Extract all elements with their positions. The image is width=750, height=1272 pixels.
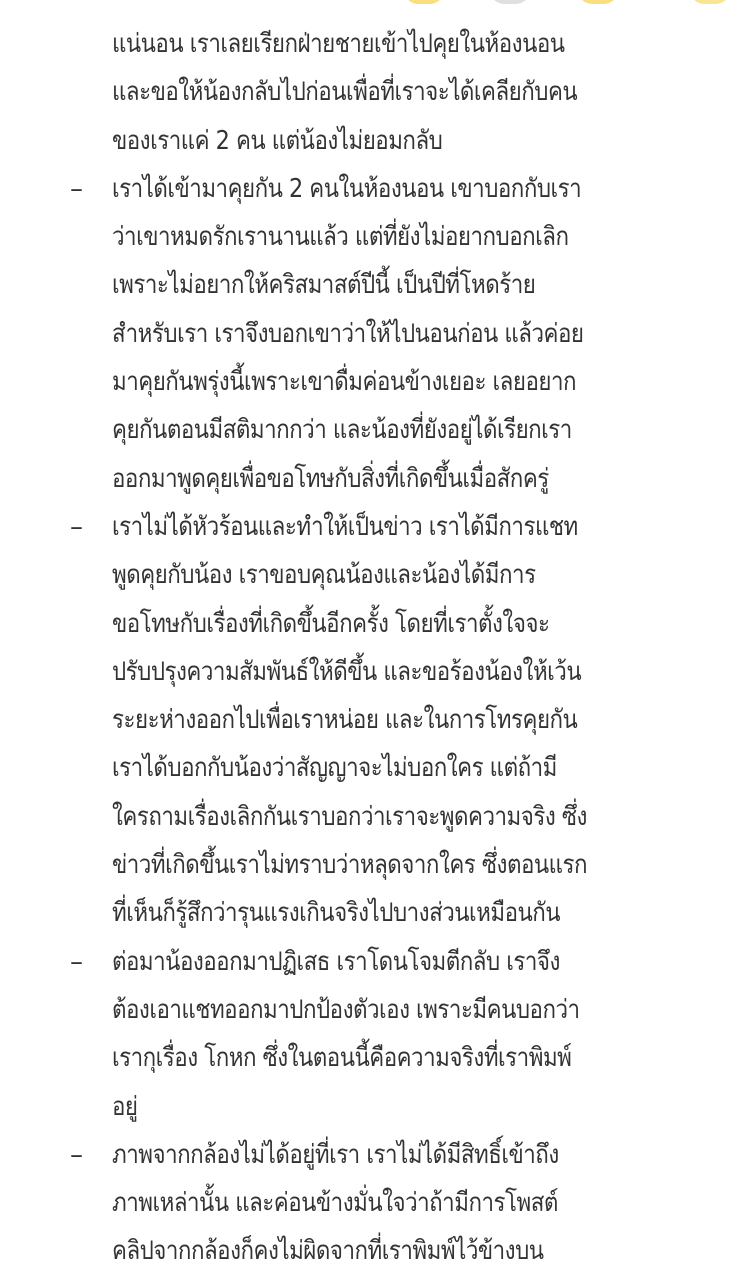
- text-line: เราได้บอกกับน้องว่าสัญญาจะไม่บอกใคร แต่ถ…: [112, 744, 635, 792]
- bullet-item: – ภาพจากกล้องไม่ได้อยู่ที่เรา เราไม่ได้ม…: [0, 1131, 750, 1272]
- text-line: ต่อมาน้องออกมาปฏิเสธ เราโดนโจมตีกลับ เรา…: [112, 938, 635, 986]
- document-body: แน่นอน เราเลยเรียกฝ่ายชายเข้าไปคุยในห้อง…: [0, 20, 750, 1272]
- emoji-fragment-icon: [578, 0, 618, 4]
- text-line: ภาพเหล่านั้น และค่อนข้างมั่นใจว่าถ้ามีกา…: [112, 1179, 635, 1227]
- text-line: ออกมาพูดคุยเพื่อขอโทษกับสิ่งที่เกิดขึ้นเ…: [112, 455, 635, 503]
- text-line: เพราะไม่อยากให้คริสมาสต์ปีนี้ เป็นปีที่โ…: [112, 261, 635, 309]
- text-line: เรากุเรื่อง โกหก ซึ่งในตอนนี้คือความจริง…: [112, 1034, 635, 1082]
- text-line: ปรับปรุงความสัมพันธ์ให้ดีขึ้น และขอร้องน…: [112, 648, 635, 696]
- text-line: คลิปจากกล้องก็คงไม่ผิดจากที่เราพิมพ์ไว้ข…: [112, 1227, 635, 1272]
- text-line: ขอโทษกับเรื่องที่เกิดขึ้นอีกครั้ง โดยที่…: [112, 600, 635, 648]
- emoji-fragment-icon: [690, 0, 730, 4]
- text-line: เราไม่ได้หัวร้อนและทำให้เป็นข่าว เราได้ม…: [112, 503, 635, 551]
- bullet-item: – ต่อมาน้องออกมาปฏิเสธ เราโดนโจมตีกลับ เ…: [0, 938, 750, 1131]
- text-line: พูดคุยกับน้อง เราขอบคุณน้องและน้องได้มีก…: [112, 551, 635, 599]
- text-line: ภาพจากกล้องไม่ได้อยู่ที่เรา เราไม่ได้มีส…: [112, 1131, 635, 1179]
- paragraph-continuation: แน่นอน เราเลยเรียกฝ่ายชายเข้าไปคุยในห้อง…: [0, 20, 750, 165]
- bullet-dash: –: [70, 938, 83, 986]
- text-line: ระยะห่างออกไปเพื่อเราหน่อย และในการโทรคุ…: [112, 696, 635, 744]
- text-line: อยู่: [112, 1083, 635, 1131]
- bullet-dash: –: [70, 503, 83, 551]
- text-line: ใครถามเรื่องเลิกกันเราบอกว่าเราจะพูดความ…: [112, 793, 635, 841]
- text-line: เราได้เข้ามาคุยกัน 2 คนในห้องนอน เขาบอกก…: [112, 165, 635, 213]
- emoji-fragment-icon: [404, 0, 444, 4]
- text-line: มาคุยกันพรุ่งนี้เพราะเขาดื่มค่อนข้างเยอะ…: [112, 358, 635, 406]
- bullet-item: – เราไม่ได้หัวร้อนและทำให้เป็นข่าว เราได…: [0, 503, 750, 938]
- text-line: และขอให้น้องกลับไปก่อนเพื่อที่เราจะได้เค…: [112, 68, 635, 116]
- text-line: ของเราแค่ 2 คน แต่น้องไม่ยอมกลับ: [112, 117, 635, 165]
- bullet-item: – เราได้เข้ามาคุยกัน 2 คนในห้องนอน เขาบอ…: [0, 165, 750, 503]
- emoji-fragment-icon: [490, 0, 530, 4]
- text-line: ต้องเอาแชทออกมาปกป้องตัวเอง เพราะมีคนบอก…: [112, 986, 635, 1034]
- text-line: คุยกันตอนมีสติมากกว่า และน้องที่ยังอยู่ไ…: [112, 406, 635, 454]
- text-line: สำหรับเรา เราจึงบอกเขาว่าให้ไปนอนก่อน แล…: [112, 310, 635, 358]
- text-line: ว่าเขาหมดรักเรานานแล้ว แต่ที่ยังไม่อยากบ…: [112, 213, 635, 261]
- text-line: แน่นอน เราเลยเรียกฝ่ายชายเข้าไปคุยในห้อง…: [112, 20, 635, 68]
- bullet-dash: –: [70, 165, 83, 213]
- bullet-dash: –: [70, 1131, 83, 1179]
- text-line: ที่เห็นก็รู้สึกว่ารุนแรงเกินจริงไปบางส่ว…: [112, 889, 635, 937]
- text-line: ข่าวที่เกิดขึ้นเราไม่ทราบว่าหลุดจากใคร ซ…: [112, 841, 635, 889]
- top-partial-emoji-strip: [0, 0, 750, 6]
